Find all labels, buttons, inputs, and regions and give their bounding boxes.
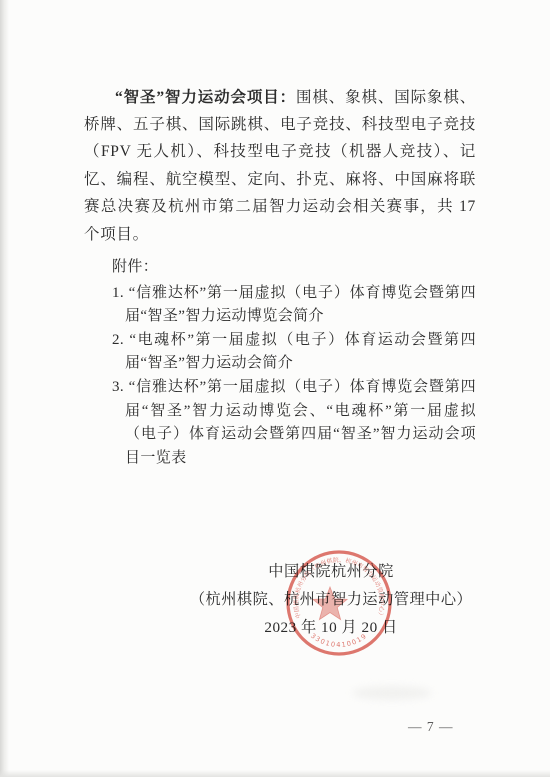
attachment-item-3-number: 3. xyxy=(112,379,124,395)
attachment-item-3: 3. “信雅达杯”第一届虚拟（电子）体育博览会暨第四届“智圣”智力运动博览会、“… xyxy=(112,376,476,470)
signature-org-name: 中国棋院杭州分院 xyxy=(181,558,481,586)
intro-lead-bold: “智圣”智力运动会项目： xyxy=(115,89,296,106)
attachments-section: 附件： 1. “信雅达杯”第一届虚拟（电子）体育博览会暨第四届“智圣”智力运动博… xyxy=(112,256,476,470)
attachments-heading: 附件： xyxy=(112,256,476,280)
attachment-item-1-text: “信雅达杯”第一届虚拟（电子）体育博览会暨第四届“智圣”智力运动博览会简介 xyxy=(125,285,476,325)
signature-org-subname: （杭州棋院、杭州市智力运动管理中心） xyxy=(181,586,481,614)
signature-date: 2023 年 10 月 20 日 xyxy=(181,614,481,642)
scanned-document-page: { "intro": { "lead": "“智圣”智力运动会项目：", "bo… xyxy=(0,0,550,777)
attachment-item-2-text: “电魂杯”第一届虚拟（电子）体育运动会暨第四届“智圣”智力运动会简介 xyxy=(125,332,476,372)
attachment-item-2: 2. “电魂杯”第一届虚拟（电子）体育运动会暨第四届“智圣”智力运动会简介 xyxy=(112,329,476,376)
attachment-item-1-number: 1. xyxy=(112,285,124,301)
page-number: — 7 — xyxy=(408,719,478,735)
scan-artifact-smudge xyxy=(352,686,432,700)
scan-edge-shadow-left xyxy=(0,0,9,777)
intro-paragraph: “智圣”智力运动会项目：围棋、象棋、国际象棋、桥牌、五子棋、国际跳棋、电子竞技、… xyxy=(84,84,476,248)
signature-block: 中国棋院杭州分院 （杭州棋院、杭州市智力运动管理中心） 2023 年 10 月 … xyxy=(181,558,481,642)
intro-body-text: 围棋、象棋、国际象棋、桥牌、五子棋、国际跳棋、电子竞技、科技型电子竞技（FPV … xyxy=(84,89,476,243)
attachment-item-3-text: “信雅达杯”第一届虚拟（电子）体育博览会暨第四届“智圣”智力运动博览会、“电魂杯… xyxy=(125,379,476,466)
attachment-item-1: 1. “信雅达杯”第一届虚拟（电子）体育博览会暨第四届“智圣”智力运动博览会简介 xyxy=(112,282,476,329)
attachment-item-2-number: 2. xyxy=(112,332,124,348)
scan-edge-shadow-bottom xyxy=(0,770,550,777)
